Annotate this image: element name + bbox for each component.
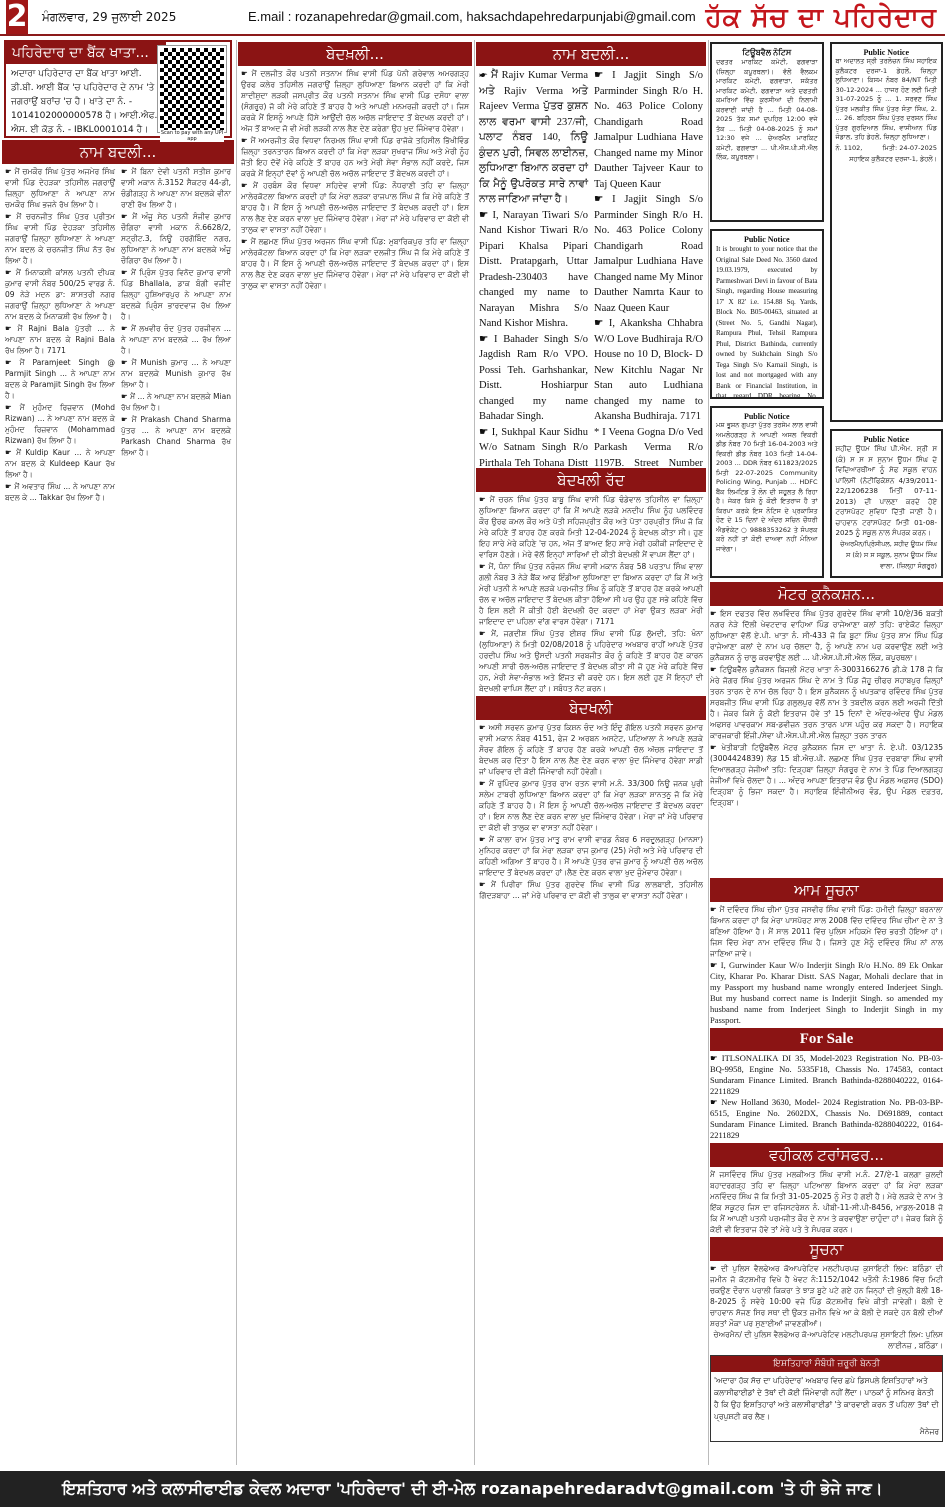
- notice-signature: ਸਹਾਇਕ ਕੁਲੈਕਟਰ ਦਰਜਾ-1, ਡੇਹਲੋਂ।: [836, 154, 938, 165]
- section-heading-for-sale: For Sale: [710, 1028, 943, 1051]
- column-divider: [236, 40, 237, 1465]
- notice-title: ਟਿਊਬਵੈਲ ਨੋਟਿਸ: [716, 48, 818, 58]
- column-1: ਪਹਿਰੇਦਾਰ ਦਾ ਬੈਂਕ ਖਾਤਾ... ਅਦਾਰਾ ਪਹਿਰੇਦਾਰ …: [2, 40, 234, 1460]
- tubewell-notice-box: ਟਿਊਬਵੈਲ ਨੋਟਿਸ ਦਫਤਰ ਮਾਰਕਿਟ ਕਮੇਟੀ, ਫਗਵਾੜਾ …: [710, 42, 824, 222]
- for-sale-list: ☛ ITLSONALIKA DI 35, Model-2023 Registra…: [710, 1053, 943, 1141]
- notice-item: ☛ ਮੈਂ ਅਮਰਜੀਤ ਕੌਰ ਵਿਧਵਾ ਨਿਰਮਲ ਸਿੰਘ ਵਾਸੀ ਪ…: [241, 135, 469, 179]
- vehicle-transfer-text: ਮੈਂ ਜਸਵਿੰਦਰ ਸਿੰਘ ਪੁੱਤਰ ਮਲਕੀਅਤ ਸਿੰਘ ਵਾਸੀ …: [710, 1169, 943, 1235]
- notice-signature: ਚੇਅਰਮੈਨ/ਪ੍ਰਿੰਸੀਪਲ, ਸ਼ਹੀਦ ਊਧਮ ਸਿੰਘ ਸ (ਕੰ)…: [836, 539, 938, 572]
- name-change-list-left: ☛ ਮੈਂ ਚਮਕੌਰ ਸਿੰਘ ਪੁੱਤਰ ਅਜਮੇਰ ਸਿੰਘ ਵਾਸੀ ਪ…: [5, 166, 115, 504]
- notice-date: ਮਿਤੀ: 24-07-2025: [882, 143, 937, 154]
- notice-item: ☛ I, Gurwinder Kaur W/o Inderjit Singh R…: [710, 960, 943, 1026]
- section-heading-name-change: ਨਾਮ ਬਦਲੀ...: [2, 140, 234, 164]
- notice-item: ☛ ਮੈਂ, ਜਗਦੀਸ਼ ਸਿੰਘ ਪੁੱਤਰ ਈਸ਼ਰ ਸਿੰਘ ਵਾਸੀ …: [479, 628, 703, 694]
- notice-item: ☛ ਮੈਂ ਹਰਬੰਸ ਕੌਰ ਵਿਧਵਾ ਸਹਿਦੇਵ ਵਾਸੀ ਪਿੰਡ: …: [241, 180, 469, 235]
- notice-item: ☛ ਮੈਂ ਚਰਨ ਸਿੰਘ ਪੁੱਤਰ ਬਾਬੂ ਸਿੰਘ ਵਾਸੀ ਪਿੰਡ…: [479, 494, 703, 560]
- section-heading-bedakhli-2: ਬੇਦਖਲੀ: [476, 696, 706, 720]
- school-notice-box: Public Notice ਸ਼ਹੀਦ ਊਧਮ ਸਿੰਘ ਪੀ.ਐਮ. ਸ਼੍ਰ…: [830, 429, 944, 578]
- notice-ref: ਨੰ. 1102,: [836, 143, 863, 154]
- notice-item: ☛ ਮੈਂ ਅਵਤਾਰ ਸਿੰਘ ... ਨੇ ਆਪਣਾ ਨਾਮ ਬਦਲ ਕੇ …: [5, 481, 115, 503]
- notice-title: Public Notice: [836, 435, 938, 444]
- notice-item: ☛ ਮੈਂ Paramjeet Singh @ Parmjit Singh ..…: [5, 357, 115, 401]
- notice-item: ☛ I, Sukhpal Kaur Sidhu W/o Satnam Singh…: [479, 425, 588, 467]
- disclaimer-signature: ਮੈਨੇਜਰ: [711, 1426, 942, 1441]
- notice-item: ☛ ਮੈਂ ਰੁਪਿੰਦਰ ਕੁਮਾਰ ਪੁੱਤਰ ਰਾਮ ਰਤਨ ਵਾਸੀ ਮ…: [479, 778, 703, 833]
- english-name-change-right: ☛ I Jagjit Singh S/o Parminder Singh R/o…: [594, 68, 703, 466]
- notice-item: ☛ ਮੈਂ ... ਨੇ ਆਪਣਾ ਨਾਮ ਬਦਲਕੇ Mian ਰੱਖ ਲਿਆ…: [121, 391, 231, 413]
- notice-item: ☛ ਮੈਂ ਪ੍ਰਿੰਸ ਪੁੱਤਰ ਵਿਨੋਦ ਕੁਮਾਰ ਵਾਸੀ ਪਿੰਡ…: [121, 267, 231, 322]
- bedakhli-list: ☛ ਮੈਂ ਦਲਜੀਤ ਕੌਰ ਪਤਨੀ ਸਤਨਾਮ ਸਿੰਘ ਵਾਸੀ ਪਿੰ…: [238, 68, 472, 291]
- notice-item: ☛ ਮੈਂ Kuldip Kaur ... ਨੇ ਆਪਣਾ ਨਾਮ ਬਦਲ ਕੇ…: [5, 447, 115, 480]
- english-name-change-left: ☛ ਮੈਂ Rajiv Kumar Verma ਅਤੇ Rajiv Verma …: [479, 68, 588, 466]
- bedakhli-radd-list: ☛ ਮੈਂ ਚਰਨ ਸਿੰਘ ਪੁੱਤਰ ਬਾਬੂ ਸਿੰਘ ਵਾਸੀ ਪਿੰਡ…: [476, 494, 706, 694]
- aam-suchna-list: ☛ ਮੈਂ ਦਵਿੰਦਰ ਸਿੰਘ ਚੀਮਾ ਪੁੱਤਰ ਜਸਵੀਰ ਸਿੰਘ …: [710, 904, 943, 1026]
- notice-item: ☛ ਮੈਂ ਲਛਮਣ ਸਿੰਘ ਪੁੱਤਰ ਅਰਜਨ ਸਿੰਘ ਵਾਸੀ ਪਿੰ…: [241, 236, 469, 291]
- notice-item: ☛ ਮੈਂ ਪਿਰੀਰਾ ਸਿੰਘ ਪੁੱਤਰ ਗੁਰਦੇਵ ਸਿੰਘ ਵਾਸੀ…: [479, 879, 703, 901]
- notice-item: ☛ ਮੈਂ, ਧੰਨਾ ਸਿੰਘ ਪੁੱਤਰ ਨਰੰਜਨ ਸਿੰਘ ਵਾਸੀ ਮ…: [479, 561, 703, 627]
- notice-body: ਦਫਤਰ ਮਾਰਕਿਟ ਕਮੇਟੀ, ਫਗਵਾੜਾ (ਜ਼ਿਲ੍ਹਾ ਕਪੂਰਥ…: [716, 58, 818, 163]
- notice-item: ☛ ITLSONALIKA DI 35, Model-2023 Registra…: [710, 1053, 943, 1097]
- column-divider: [708, 40, 709, 1465]
- notice-item: * I Veena Gogna D/o Ved Parkash Verma R/…: [594, 425, 703, 467]
- notice-item: ☛ ਮੈਂ ਦਵਿੰਦਰ ਸਿੰਘ ਚੀਮਾ ਪੁੱਤਰ ਜਸਵੀਰ ਸਿੰਘ …: [710, 904, 943, 959]
- section-heading-suchna: ਸੂਚਨਾ: [710, 1237, 943, 1261]
- issue-date: ਮੰਗਲਵਾਰ, 29 ਜੁਲਾਈ 2025: [42, 10, 176, 25]
- notice-item: ☛ ਮੈਂ Munish ਕੁਮਾਰ ... ਨੇ ਆਪਣਾ ਨਾਮ ਬਦਲਕੇ…: [121, 357, 231, 390]
- notice-item: ☛ I, Narayan Tiwari S/o Nand Kishor Tiwa…: [479, 208, 588, 332]
- notice-item: ☛ ਮੈਂ ਚਮਕੌਰ ਸਿੰਘ ਪੁੱਤਰ ਅਜਮੇਰ ਸਿੰਘ ਵਾਸੀ ਪ…: [5, 166, 115, 210]
- notice-body: ਸ਼ਹੀਦ ਊਧਮ ਸਿੰਘ ਪੀ.ਐਮ. ਸ਼੍ਰੀ ਸ (ਕੰ) ਸ ਸ ਸ…: [836, 444, 938, 539]
- notice-item: ☛ ਮੈਂ ਕਾਲਾ ਰਾਮ ਪੁੱਤਰ ਮਾਤੂ ਰਾਮ ਵਾਸੀ ਵਾਰਡ …: [479, 834, 703, 878]
- notice-title: Public Notice: [716, 235, 818, 244]
- notice-item: ☛ ਮੈਂ Rajni Bala ਪੁੱਤਰੀ ... ਨੇ ਆਪਣਾ ਨਾਮ …: [5, 323, 115, 356]
- disclaimer-text: 'ਅਦਾਰਾ ਹੱਕ ਸੱਚ ਦਾ ਪਹਿਰੇਦਾਰ' ਅਖ਼ਬਾਰ ਵਿਚ ਛ…: [711, 1372, 942, 1426]
- section-heading-vehicle-transfer: ਵਹੀਕਲ ਟਰਾਂਸਫਰ...: [710, 1143, 943, 1167]
- column-4: ਟਿਊਬਵੈਲ ਨੋਟਿਸ ਦਫਤਰ ਮਾਰਕਿਟ ਕਮੇਟੀ, ਫਗਵਾੜਾ …: [710, 40, 943, 1460]
- page-header: 2 ਮੰਗਲਵਾਰ, 29 ਜੁਲਾਈ 2025 E.mail : rozana…: [0, 0, 945, 36]
- section-heading-name-change-2: ਨਾਮ ਬਦਲੀ...: [476, 42, 706, 66]
- notice-item: ☛ ਮੈਂ Rajiv Kumar Verma ਅਤੇ Rajiv Verma …: [479, 68, 588, 208]
- notice-item: ☛ I, Akanksha Chhabra W/O Love Budhiraja…: [594, 316, 703, 425]
- notice-body: ਬਾ ਅਦਾਲਤ ਸ੍ਰੀ ਤਰਲੋਚਨ ਸਿੰਘ ਸਹਾਇਕ ਕੁਲੈਕਟਰ …: [836, 57, 938, 143]
- qr-caption: Scan to pay with any UPI app: [160, 130, 224, 142]
- notice-item: ☛ ਮੈਂ ਚਰਨਜੀਤ ਸਿੰਘ ਪੁੱਤਰ ਪ੍ਰੀਤਮ ਸਿੰਘ ਵਾਸੀ…: [5, 211, 115, 266]
- bank-details: ਅਦਾਰਾ ਪਹਿਰੇਦਾਰ ਦਾ ਬੈਂਕ ਖਾਤਾ ਆਈ. ਡੀ.ਬੀ. ਆ…: [6, 64, 166, 140]
- notice-item: ☛ I Jagjit Singh S/o Parminder Singh R/o…: [594, 68, 703, 192]
- section-heading-bedakhli: ਬੇਦਖ਼ਲੀ...: [238, 42, 472, 66]
- notice-item: ☛ ਮੈਂ ਲਖਵੀਰ ਚੰਦ ਪੁੱਤਰ ਹਰਜੀਵਨ ... ਨੇ ਆਪਣਾ…: [121, 323, 231, 356]
- notice-item: ☛ ਮੈਂ Prakash Chand Sharma ਪੁੱਤਰ ... ਨੇ …: [121, 414, 231, 458]
- notice-item: ☛ ਖੇਤੀਬਾੜੀ ਟਿਊਬਵੈੱਲ ਮੋਟਰ ਕੁਨੈਕਸ਼ਨ ਜਿਸ ਦਾ…: [710, 742, 943, 808]
- column-divider: [474, 40, 475, 1465]
- section-heading-motor-connection: ਮੋਟਰ ਕੁਨੈਕਸ਼ਨ...: [710, 582, 943, 606]
- newspaper-logo: ਹੱਕ ਸੱਚ ਦਾ ਪਹਿਰੇਦਾਰ: [706, 3, 937, 34]
- disclaimer-box: ਇਸ਼ਤਿਹਾਰਾਂ ਸੰਬੰਧੀ ਜ਼ਰੂਰੀ ਬੇਨਤੀ 'ਅਦਾਰਾ ਹੱ…: [710, 1355, 943, 1442]
- page-number: 2: [6, 0, 28, 34]
- notice-item: ☛ I Jagjit Singh S/o Parminder Singh R/o…: [594, 192, 703, 316]
- bank-account-box: ਪਹਿਰੇਦਾਰ ਦਾ ਬੈਂਕ ਖਾਤਾ... ਅਦਾਰਾ ਪਹਿਰੇਦਾਰ …: [4, 40, 232, 138]
- section-heading-bedakhli-radd: ਬੇਦਖਲੀ ਰੱਦ: [476, 468, 706, 492]
- column-2: ਬੇਦਖ਼ਲੀ... ☛ ਮੈਂ ਦਲਜੀਤ ਕੌਰ ਪਤਨੀ ਸਤਨਾਮ ਸਿ…: [238, 40, 472, 1460]
- notice-item: ☛ ਅਸੀ ਸਰਵਨ ਕੁਮਾਰ ਪੁੱਤਰ ਕਿਸ਼ਨ ਚੰਦ ਅਤੇ ਇੰਦ…: [479, 722, 703, 777]
- notice-item: ☛ ਮੈਂ ਅੰਜੂ ਸੇਠ ਪਤਨੀ ਸੰਜੀਵ ਕੁਮਾਰ ਚੌਗਿਰਾ ਵ…: [121, 211, 231, 266]
- bedakhli-list-2: ☛ ਅਸੀ ਸਰਵਨ ਕੁਮਾਰ ਪੁੱਤਰ ਕਿਸ਼ਨ ਚੰਦ ਅਤੇ ਇੰਦ…: [476, 722, 706, 901]
- notice-item: ☛ ਮੈਂ ਮਿਨਾਕਸ਼ੀ ਕਾਂਸਲ ਪਤਨੀ ਦੀਪਕ ਕੁਮਾਰ ਵਾਸ…: [5, 267, 115, 322]
- notice-item: ☛ ਟਿਊਬਵੈੱਲ ਕੁਨੈਕਸ਼ਨ ਬਿਜਲੀ ਮੋਟਰ ਖਾਤਾ ਨੰ-3…: [710, 664, 943, 741]
- notice-item: ☛ ਮੈਂ ਬਿਨਾ ਦੇਵੀ ਪਤਨੀ ਸਤੀਸ਼ ਕੁਮਾਰ ਵਾਸੀ ਮਕ…: [121, 166, 231, 210]
- notice-title: Public Notice: [716, 412, 818, 421]
- notice-item: ☛ New Holland 3630, Model- 2024 Registra…: [710, 1097, 943, 1141]
- qr-code-icon[interactable]: Scan to pay with any UPI app: [158, 46, 226, 132]
- notice-title: Public Notice: [836, 48, 938, 57]
- hdfc-notice-box: Public Notice ਮਸ਼ ਭੂਸ਼ਨ ਗੁਪਤਾ ਪੁੱਤਰ ਤਰਸੇ…: [710, 406, 824, 578]
- motor-connection-list: ☛ ਇਸ ਦਫਤਰ ਵਿੱਚ ਲਖਵਿੰਦਰ ਸਿੰਘ ਪੁੱਤਰ ਗੁਰਦੇਵ…: [710, 608, 943, 876]
- suchna-text: ☛ ਦੀ ਪੁਲਿਸ ਵੈਲਫੇਅਰ ਕੋਆਪਰੇਟਿਵ ਮਲਟੀਪਰਪਜ਼ ਕ…: [710, 1263, 943, 1329]
- sale-deed-notice-box: Public Notice It is brought to your noti…: [710, 229, 824, 399]
- notice-item: ☛ ਇਸ ਦਫਤਰ ਵਿੱਚ ਲਖਵਿੰਦਰ ਸਿੰਘ ਪੁੱਤਰ ਗੁਰਦੇਵ…: [710, 608, 943, 663]
- notice-item: ☛ I Bahader Singh S/o Jagdish Ram R/o VP…: [479, 332, 588, 425]
- footer-advert-email-banner: ਇਸ਼ਤਿਹਾਰ ਅਤੇ ਕਲਾਸੀਫਾਈਡ ਕੇਵਲ ਅਦਾਰਾ 'ਪਹਿਰੇ…: [0, 1471, 945, 1507]
- section-heading-aam-suchna: ਆਮ ਸੂਚਨਾ: [710, 878, 943, 902]
- court-notice-box: Public Notice ਬਾ ਅਦਾਲਤ ਸ੍ਰੀ ਤਰਲੋਚਨ ਸਿੰਘ …: [830, 42, 944, 422]
- column-3: ਨਾਮ ਬਦਲੀ... ☛ ਮੈਂ Rajiv Kumar Verma ਅਤੇ …: [476, 40, 706, 1460]
- bank-title: ਪਹਿਰੇਦਾਰ ਦਾ ਬੈਂਕ ਖਾਤਾ...: [6, 42, 166, 64]
- disclaimer-title: ਇਸ਼ਤਿਹਾਰਾਂ ਸੰਬੰਧੀ ਜ਼ਰੂਰੀ ਬੇਨਤੀ: [711, 1356, 942, 1372]
- notice-item: ☛ ਮੈਂ ਦਲਜੀਤ ਕੌਰ ਪਤਨੀ ਸਤਨਾਮ ਸਿੰਘ ਵਾਸੀ ਪਿੰ…: [241, 68, 469, 134]
- notice-item: ☛ ਮੈਂ ਮੁਹੰਮਦ ਰਿਜ਼ਵਾਨ (Mohd Rizwan) ... ਨ…: [5, 402, 115, 446]
- name-change-list-right: ☛ ਮੈਂ ਬਿਨਾ ਦੇਵੀ ਪਤਨੀ ਸਤੀਸ਼ ਕੁਮਾਰ ਵਾਸੀ ਮਕ…: [121, 166, 231, 504]
- contact-email[interactable]: E.mail : rozanapehredar@gmail.com, haksa…: [248, 9, 696, 24]
- notice-body: It is brought to your notice that the Or…: [716, 244, 818, 399]
- notice-body: ਮਸ਼ ਭੂਸ਼ਨ ਗੁਪਤਾ ਪੁੱਤਰ ਤਰਸੇਮ ਲਾਲ ਵਾਸੀ ਅਮਲ…: [716, 421, 818, 554]
- suchna-signature: ਚੇਅਰਮੈਨ/ ਦੀ ਪੁਲਿਸ ਵੈਲਫੇਅਰ ਕੋ-ਆਪਰੇਟਿਵ ਮਲਟ…: [710, 1329, 943, 1351]
